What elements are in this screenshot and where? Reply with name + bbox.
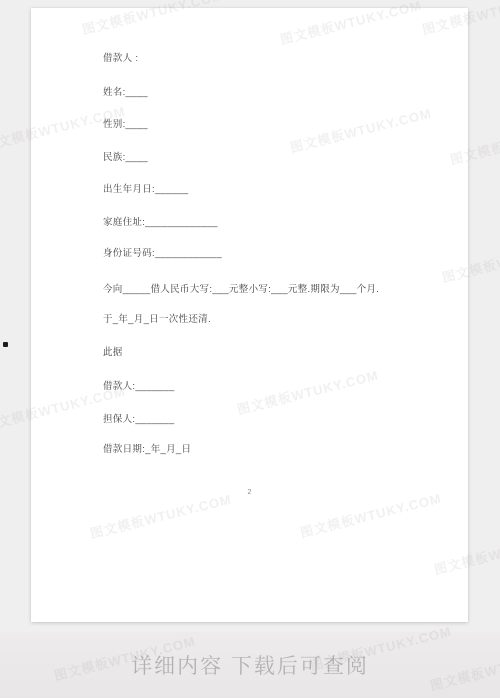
birthdate-field-line: 出生年月日:______: [103, 184, 188, 196]
bottom-bar: 详细内容 下载后可查阅: [0, 632, 500, 698]
document-page: 借款人 : 姓名:____ 性别:____ 民族:____ 出生年月日:____…: [31, 8, 468, 622]
margin-dot: [3, 342, 8, 347]
page-number: 2: [31, 489, 468, 496]
loan-date-line: 借款日期:_年_月_日: [103, 444, 191, 456]
guarantor-signature-line: 担保人:_______: [103, 414, 174, 426]
repayment-date-line: 于_年_月_日一次性还清.: [103, 314, 211, 326]
borrower-label: 借款人 :: [103, 53, 138, 65]
address-field-line: 家庭住址:_____________: [103, 217, 218, 229]
ethnicity-field-line: 民族:____: [103, 152, 148, 164]
name-field-line: 姓名:____: [103, 87, 148, 99]
loan-amount-line: 今向_____借人民币大写:___元整小写:___元整.期限为___个月.: [103, 284, 379, 296]
download-hint-text: 详细内容 下载后可查阅: [0, 650, 500, 680]
gender-field-line: 性别:____: [103, 119, 148, 131]
document-preview-screen: { "doc": { "lines": [ "借款人 :", "姓名:____"…: [0, 0, 500, 698]
receipt-note-line: 此据: [103, 347, 123, 359]
borrower-signature-line: 借款人:_______: [103, 381, 174, 393]
id-number-field-line: 身份证号码:____________: [103, 248, 222, 260]
